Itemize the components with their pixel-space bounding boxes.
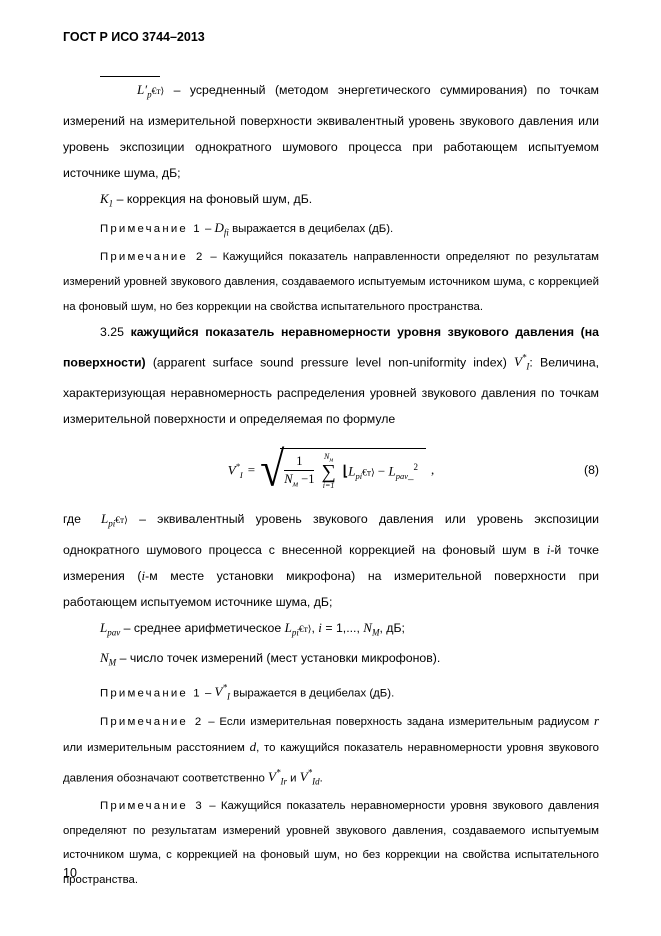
comma: , [431,462,434,478]
page-number: 10 [63,866,77,880]
equation-block: V*I = √ 1 Nм −1 Nм ∑ i=1 ⌊Lpi€т⟩ − Lpav_… [63,440,599,500]
radicand: 1 Nм −1 Nм ∑ i=1 ⌊Lpi€т⟩ − Lpav_2 [280,448,426,493]
document-header-title: ГОСТ Р ИСО 3744–2013 [63,30,599,44]
math-symbol-nm: NМ [100,650,116,665]
note-text: выражается в децибелах (дБ). [232,223,393,235]
note-3-vstar: Примечание 3 – Кажущийся показатель нера… [63,794,599,892]
math-symbol-v-star-i: V*I [215,684,230,699]
where-word: где [63,512,81,526]
sigma-icon: ∑ [321,463,335,482]
summation: Nм ∑ i=1 [321,453,335,491]
equals-sign: = [248,462,255,478]
bracketed-term: ⌊Lpi€т⟩ − Lpav_2 [343,462,419,481]
square-root: √ 1 Nм −1 Nм ∑ i=1 ⌊Lpi€т⟩ − Lpav_2 [260,448,426,493]
document-page: ГОСТ Р ИСО 3744–2013 L′p€т⟩ – усредненны… [0,0,661,936]
fraction: 1 Nм −1 [284,454,314,489]
note-label: Примечание 2 [100,251,205,263]
section-term-english: (apparent surface sound pressure level n… [153,355,507,369]
paragraph-where-lpi: гдеLpi€т⟩ – эквивалентный уровень звуков… [63,506,599,615]
note-label: Примечание 2 [100,716,203,728]
note-1-directivity: Примечание 1 – Dfi выражается в децибела… [63,216,599,245]
paragraph-lpav-definition: Lpav – среднее арифметическое Lpi€т⟩, i … [63,615,599,646]
paragraph-nm-definition: NМ – число точек измерений (мест установ… [63,645,599,676]
math-symbol-nm: NМ [363,620,379,635]
math-symbol-k1: K1 [100,191,113,206]
math-symbol-v-star-id: V*Id [300,769,320,784]
equation-formula: V*I = √ 1 Nм −1 Nм ∑ i=1 ⌊Lpi€т⟩ − Lpav_… [228,448,435,493]
radical-icon: √ [260,445,284,494]
math-symbol-r: r [594,713,599,728]
equation-lhs: V*I [228,461,243,480]
note-label: Примечание 3 [100,800,204,812]
paragraph-text: – коррекция на фоновый шум, дБ. [117,192,313,206]
note-text: выражается в децибелах (дБ). [233,687,394,699]
math-symbol-v-star-i: V*I [514,354,529,369]
note-label: Примечание 1 [100,223,202,235]
note-2-vstar-rd: Примечание 2 – Если измерительная поверх… [63,709,599,794]
math-symbol-v-star-ir: V*Ir [268,769,287,784]
paragraph-lp-st-definition: L′p€т⟩ – усредненный (методом энергетиче… [63,76,599,186]
math-symbol-lpi-st: Lpi€т⟩ [285,620,312,635]
section-number: 3.25 [100,325,124,339]
math-symbol-lpi-st: Lpi€т⟩ [101,511,128,526]
math-symbol-lp-st-averaged: L′p€т⟩ [100,76,164,108]
equation-number: (8) [584,463,599,477]
note-1-vstar: Примечание 1 – V*I выражается в децибела… [63,676,599,710]
math-symbol-d-index: Dfi [215,220,229,235]
math-symbol-lpav: Lpav [100,620,120,635]
note-label: Примечание 1 [100,687,202,699]
paragraph-k1-definition: K1 – коррекция на фоновый шум, дБ. [63,186,599,217]
summation-lower-limit: i=1 [323,482,335,490]
math-symbol-i: i [318,620,322,635]
section-3-25-definition: 3.25 кажущийся показатель неравномерност… [63,319,599,432]
note-text: Кажущийся показатель неравномерности уро… [63,800,599,886]
note-2-directivity: Примечание 2 – Кажущийся показатель напр… [63,245,599,319]
